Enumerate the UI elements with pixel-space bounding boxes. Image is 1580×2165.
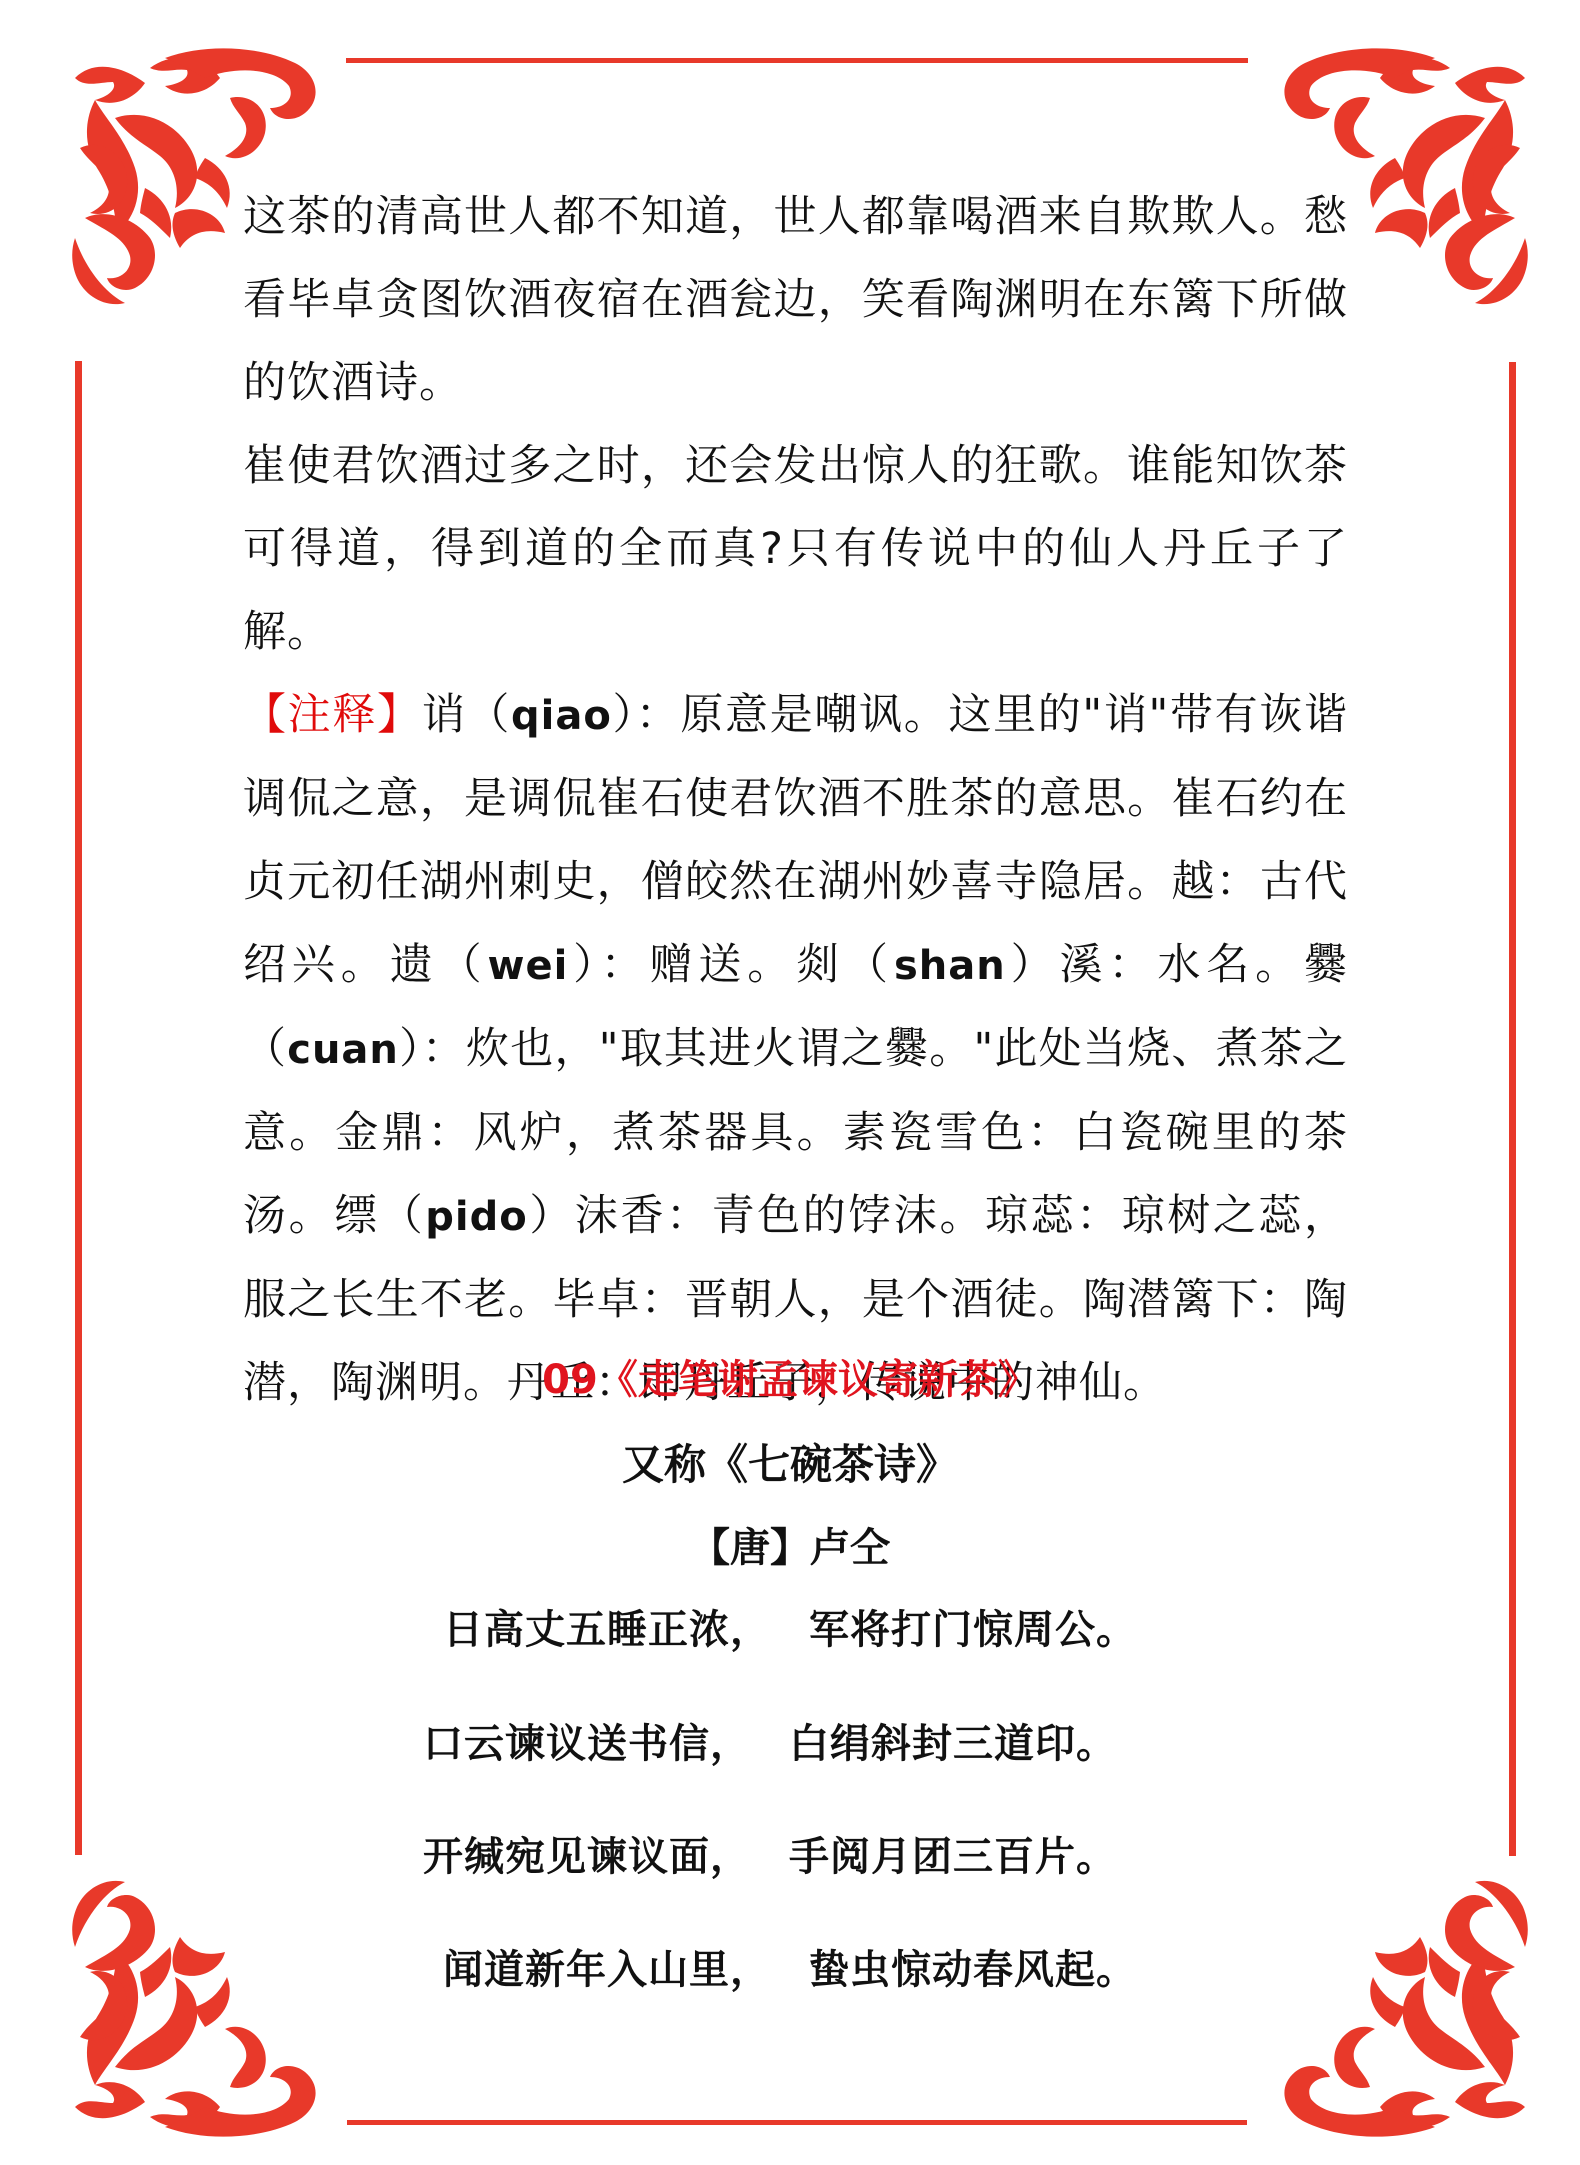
notes-pinyin: qiao — [511, 693, 612, 739]
poem-line-first: 闻道新年入山里， — [443, 1947, 771, 1993]
notes-pinyin: wei — [487, 943, 568, 989]
poem-line: 闻道新年入山里，蛰虫惊动春风起。 — [0, 1938, 1580, 1995]
border-top-rule — [346, 58, 1248, 63]
poem-line: 日高丈五睡正浓，军将打门惊周公。 — [0, 1598, 1580, 1655]
poem-line: 开缄宛见谏议面，手阅月团三百片。 — [0, 1825, 1560, 1882]
notes-segment: 诮（ — [422, 690, 511, 740]
poem-line: 口云谏议送书信，白绢斜封三道印。 — [0, 1712, 1560, 1769]
poem-title: 09《走笔谢孟谏议寄新茶》 — [0, 1348, 1580, 1405]
document-body: 这茶的清高世人都不知道，世人都靠喝酒来自欺欺人。愁看毕卓贪图饮酒夜宿在酒瓮边，笑… — [243, 176, 1348, 1425]
corner-ornament-icon — [1260, 1862, 1545, 2147]
translation-paragraph-1: 这茶的清高世人都不知道，世人都靠喝酒来自欺欺人。愁看毕卓贪图饮酒夜宿在酒瓮边，笑… — [243, 176, 1348, 425]
corner-ornament-icon — [55, 1862, 340, 2147]
poem-line-first: 日高丈五睡正浓， — [443, 1607, 771, 1653]
notes-pinyin: pido — [425, 1194, 527, 1240]
notes-pinyin: shan — [894, 943, 1006, 989]
border-bottom-rule — [347, 2120, 1247, 2125]
poem-author: 【唐】卢仝 — [0, 1516, 1580, 1573]
notes-label: 【注释】 — [243, 690, 422, 740]
notes-paragraph: 【注释】诮（qiao）：原意是嘲讽。这里的"诮"带有诙谐调侃之意，是调侃崔石使君… — [243, 674, 1348, 1425]
poem-line-second: 手阅月团三百片。 — [789, 1834, 1117, 1880]
poem-line-second: 蛰虫惊动春风起。 — [809, 1947, 1137, 1993]
poem-line-second: 军将打门惊周公。 — [809, 1607, 1137, 1653]
poem-line-first: 口云谏议送书信， — [423, 1721, 751, 1767]
poem-line-second: 白绢斜封三道印。 — [789, 1721, 1117, 1767]
translation-paragraph-2: 崔使君饮酒过多之时，还会发出惊人的狂歌。谁能知饮茶可得道，得到道的全而真?只有传… — [243, 425, 1348, 674]
poem-line-first: 开缄宛见谏议面， — [423, 1834, 751, 1880]
notes-pinyin: cuan — [287, 1027, 399, 1073]
notes-segment: ）：赠送。剡（ — [568, 940, 894, 990]
poem-subtitle: 又称《七碗茶诗》 — [0, 1432, 1580, 1492]
